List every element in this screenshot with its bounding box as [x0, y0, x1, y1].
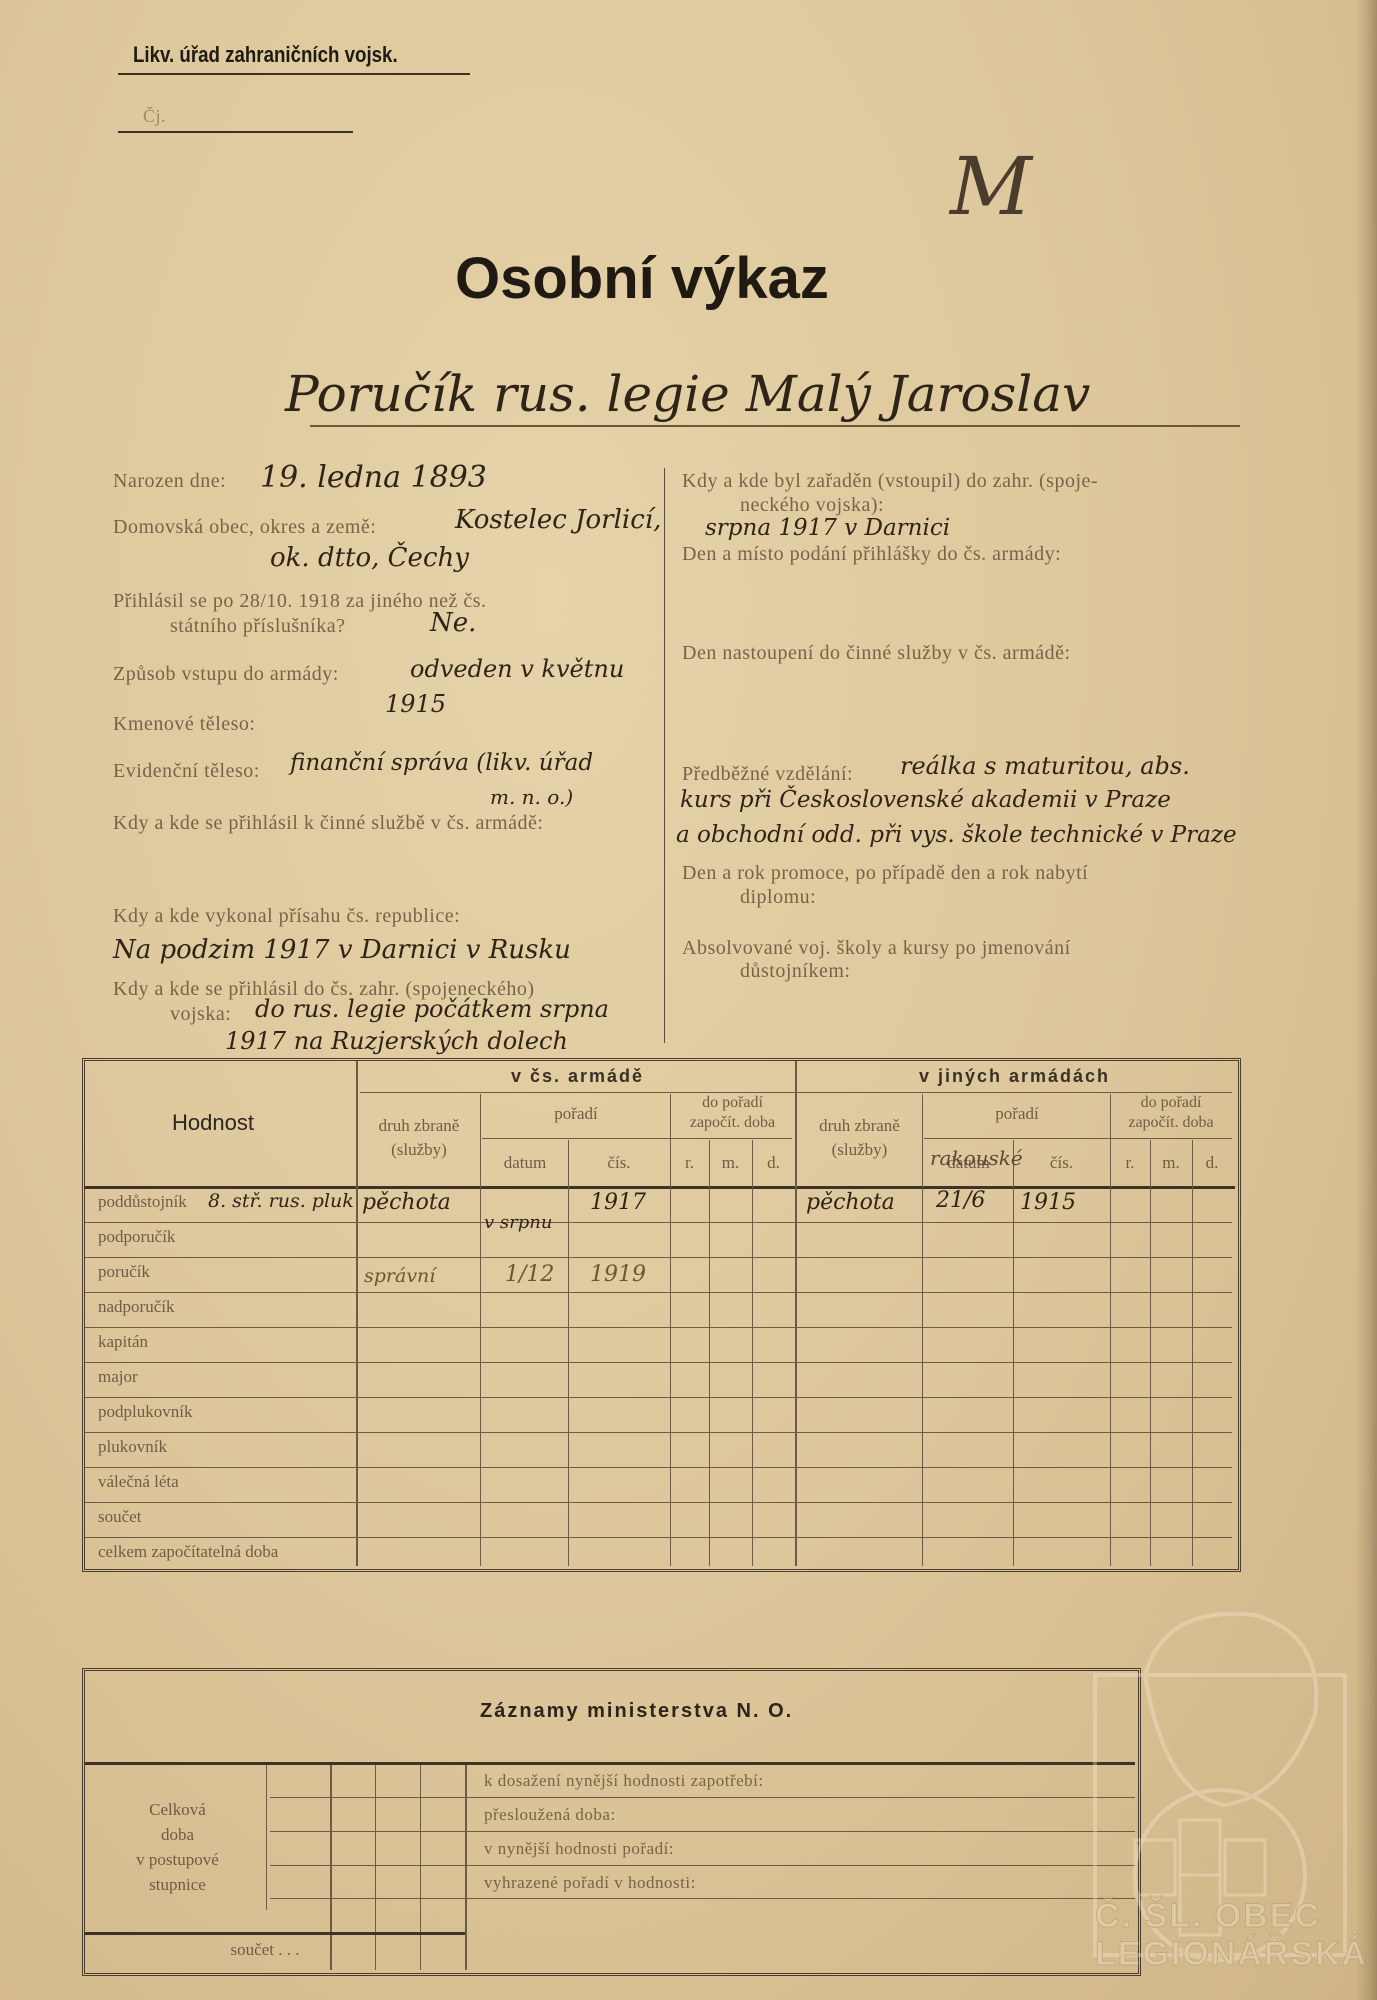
- rank-header: Hodnost: [172, 1110, 254, 1136]
- monogram-initial: M: [950, 140, 1032, 233]
- other-weapon-header-1: druh zbraně: [797, 1116, 922, 1136]
- rank-label: podplukovník: [98, 1402, 192, 1422]
- promotion-label-1: Den a rok promoce, po případě den a rok …: [682, 862, 1088, 885]
- rank-label: součet: [98, 1507, 141, 1527]
- cs-counted-header-1: do pořadí: [670, 1094, 795, 1112]
- rank-label: kapitán: [98, 1332, 148, 1352]
- ministry-field: k dosažení nynější hodnosti zapotřebí:: [484, 1771, 764, 1791]
- entry-value-1: odveden v květnu: [410, 655, 624, 683]
- table-header-bottom: [85, 1186, 1235, 1189]
- row-note: 8. stř. rus. pluk: [208, 1190, 354, 1212]
- oath-value: Na podzim 1917 v Darnici v Rusku: [113, 935, 571, 965]
- kmen-label: Kmenové těleso:: [113, 713, 255, 736]
- cs-m-header: m.: [709, 1153, 752, 1173]
- foreign-citizen-label-2: státního příslušníka?: [170, 615, 345, 638]
- column-divider: [664, 468, 665, 1043]
- evidence-value-1: finanční správa (likv. úřad: [290, 750, 593, 776]
- document-page: Likv. úřad zahraničních vojsk. Čj. M Oso…: [0, 0, 1377, 2000]
- rank-label: major: [98, 1367, 138, 1387]
- cs-d-header: d.: [752, 1153, 795, 1173]
- evidence-label: Evidenční těleso:: [113, 760, 260, 783]
- cs-number-cell: 1919: [590, 1262, 646, 1287]
- foreign-army-value-2: 1917 na Ruzjerských dolech: [225, 1027, 568, 1055]
- total-period-label-3: v postupové: [90, 1850, 265, 1870]
- other-order-divider: [924, 1138, 1232, 1139]
- start-service-label: Den nastoupení do činné služby v čs. arm…: [682, 642, 1071, 665]
- other-date-cell: 21/6: [936, 1188, 985, 1213]
- assigned-value: srpna 1917 v Darnici: [705, 515, 950, 541]
- rank-label: plukovník: [98, 1437, 167, 1457]
- cs-date-cell: v srpnu: [484, 1212, 552, 1233]
- row-line: [85, 1362, 1232, 1363]
- ministry-row-line: [270, 1831, 1135, 1832]
- cs-number-cell: 1917: [590, 1190, 646, 1215]
- education-value-1: reálka s maturitou, abs.: [900, 752, 1190, 780]
- cs-weapon-header-2: (služby): [358, 1140, 480, 1160]
- foreign-citizen-value: Ne.: [430, 608, 476, 638]
- home-label: Domovská obec, okres a země:: [113, 516, 376, 539]
- sum-label: součet . . .: [200, 1940, 330, 1960]
- legion-watermark: Č. ŠL. OBEC LEGIONÁŘSKÁ: [1085, 1605, 1355, 1975]
- page-title: Osobní výkaz: [455, 245, 829, 312]
- entry-value-2: 1915: [385, 690, 446, 718]
- reference-label: Čj.: [143, 106, 166, 127]
- education-label: Předběžné vzdělání:: [682, 763, 853, 786]
- rank-label: celkem započítatelná doba: [98, 1542, 278, 1562]
- born-value: 19. ledna 1893: [260, 460, 487, 495]
- total-period-label-2: doba: [90, 1825, 265, 1845]
- ministry-col-divider: [266, 1765, 267, 1910]
- assigned-label-2: neckého vojska):: [740, 494, 884, 517]
- row-line: [85, 1537, 1232, 1538]
- rank-table: [82, 1058, 1241, 1572]
- other-weapon-divider: [922, 1094, 923, 1566]
- cs-number-header: čís.: [568, 1153, 670, 1173]
- active-service-label: Kdy a kde se přihlásil k činné službě v …: [113, 812, 543, 835]
- rank-label: poddůstojník: [98, 1192, 187, 1212]
- other-r-header: r.: [1110, 1153, 1150, 1173]
- cs-order-divider: [482, 1138, 792, 1139]
- row-line: [85, 1222, 1232, 1223]
- ministry-row-line: [270, 1898, 1135, 1899]
- evidence-value-2: m. n. o.): [490, 785, 573, 809]
- schools-label-2: důstojníkem:: [740, 960, 850, 983]
- rank-label: nadporučík: [98, 1297, 174, 1317]
- other-number-header: čís.: [1013, 1153, 1110, 1173]
- ministry-sum-divider: [85, 1932, 465, 1935]
- cs-order-header: pořadí: [482, 1104, 670, 1124]
- home-value-2: ok. dtto, Čechy: [270, 543, 469, 573]
- ministry-field: vyhrazené pořadí v hodnosti:: [484, 1873, 696, 1893]
- entry-label: Způsob vstupu do armády:: [113, 663, 339, 686]
- rank-label: poručík: [98, 1262, 150, 1282]
- cs-weapon-header-1: druh zbraně: [358, 1116, 480, 1136]
- ministry-field: přesloužená doba:: [484, 1805, 616, 1825]
- cs-weapon-cell: pěchota: [362, 1190, 451, 1215]
- education-value-3: a obchodní odd. při vys. škole technické…: [676, 822, 1237, 848]
- row-line: [85, 1292, 1232, 1293]
- ministry-field: v nynější hodnosti pořadí:: [484, 1839, 674, 1859]
- cs-army-header: v čs. armádě: [360, 1066, 795, 1087]
- rank-label: válečná léta: [98, 1472, 179, 1492]
- application-label: Den a místo podání přihlášky do čs. armá…: [682, 543, 1061, 566]
- row-line: [85, 1397, 1232, 1398]
- cs-date-header: datum: [482, 1153, 568, 1173]
- other-m-header: m.: [1150, 1153, 1192, 1173]
- cs-r-header: r.: [670, 1153, 709, 1173]
- other-order-note: rakouské: [930, 1146, 1023, 1170]
- row-line: [85, 1502, 1232, 1503]
- cs-weapon-cell: správní: [364, 1265, 435, 1287]
- other-d-header: d.: [1192, 1153, 1232, 1173]
- name-underline: [310, 425, 1240, 427]
- other-army-header: v jiných armádách: [797, 1066, 1232, 1087]
- cs-weapon-divider: [480, 1094, 481, 1566]
- other-number-cell: 1915: [1020, 1190, 1076, 1215]
- ministry-title: Záznamy ministerstva N. O.: [480, 1700, 793, 1723]
- born-label: Narozen dne:: [113, 470, 226, 493]
- name-line: Poručík rus. legie Malý Jaroslav: [285, 365, 1090, 423]
- rank-col-divider: [356, 1061, 358, 1566]
- office-stamp: Likv. úřad zahraničních vojsk.: [133, 42, 398, 68]
- foreign-army-value-1: do rus. legie počátkem srpna: [255, 995, 609, 1023]
- promotion-label-2: diplomu:: [740, 886, 816, 909]
- total-period-label-1: Celková: [90, 1800, 265, 1820]
- other-order-header: pořadí: [924, 1104, 1110, 1124]
- office-underline: [118, 73, 470, 75]
- watermark-line-2: LEGIONÁŘSKÁ: [1095, 1935, 1368, 1974]
- assigned-label-1-text: Kdy a kde byl zařaděn (vstoupil) do zahr…: [682, 470, 1098, 492]
- cs-date-cell: 1/12: [505, 1262, 554, 1287]
- ministry-col-divider: [465, 1765, 467, 1970]
- total-period-label-4: stupnice: [90, 1875, 265, 1895]
- other-weapon-header-2: (služby): [797, 1140, 922, 1160]
- cs-counted-header-2: započít. doba: [670, 1114, 795, 1132]
- reference-underline: [118, 131, 353, 133]
- oath-label: Kdy a kde vykonal přísahu čs. republice:: [113, 905, 460, 928]
- watermark-line-1: Č. ŠL. OBEC: [1095, 1897, 1321, 1936]
- ministry-col-divider: [375, 1765, 376, 1970]
- row-line: [85, 1432, 1232, 1433]
- row-line: [85, 1257, 1232, 1258]
- other-counted-header-1: do pořadí: [1110, 1094, 1232, 1112]
- ministry-row-line: [270, 1865, 1135, 1866]
- schools-label-1: Absolvované voj. školy a kursy po jmenov…: [682, 937, 1071, 960]
- army-divider: [795, 1061, 797, 1566]
- other-weapon-cell: pěchota: [806, 1190, 895, 1215]
- rank-label: podporučík: [98, 1227, 175, 1247]
- ministry-col-divider: [420, 1765, 421, 1970]
- ministry-col-divider: [330, 1765, 332, 1970]
- home-value-1: Kostelec Jorlicí,: [455, 505, 661, 535]
- page-fold-shadow: [1355, 0, 1377, 2000]
- row-line: [85, 1327, 1232, 1328]
- ministry-row-line: [270, 1797, 1135, 1798]
- education-value-2: kurs při Československé akademii v Praze: [680, 787, 1171, 813]
- foreign-army-label-2: vojska:: [170, 1003, 231, 1026]
- other-counted-header-2: započít. doba: [1110, 1114, 1232, 1132]
- ministry-header-divider: [85, 1762, 1135, 1765]
- row-line: [85, 1467, 1232, 1468]
- assigned-label-1: Kdy a kde byl zařaděn (vstoupil) do zahr…: [682, 470, 1098, 493]
